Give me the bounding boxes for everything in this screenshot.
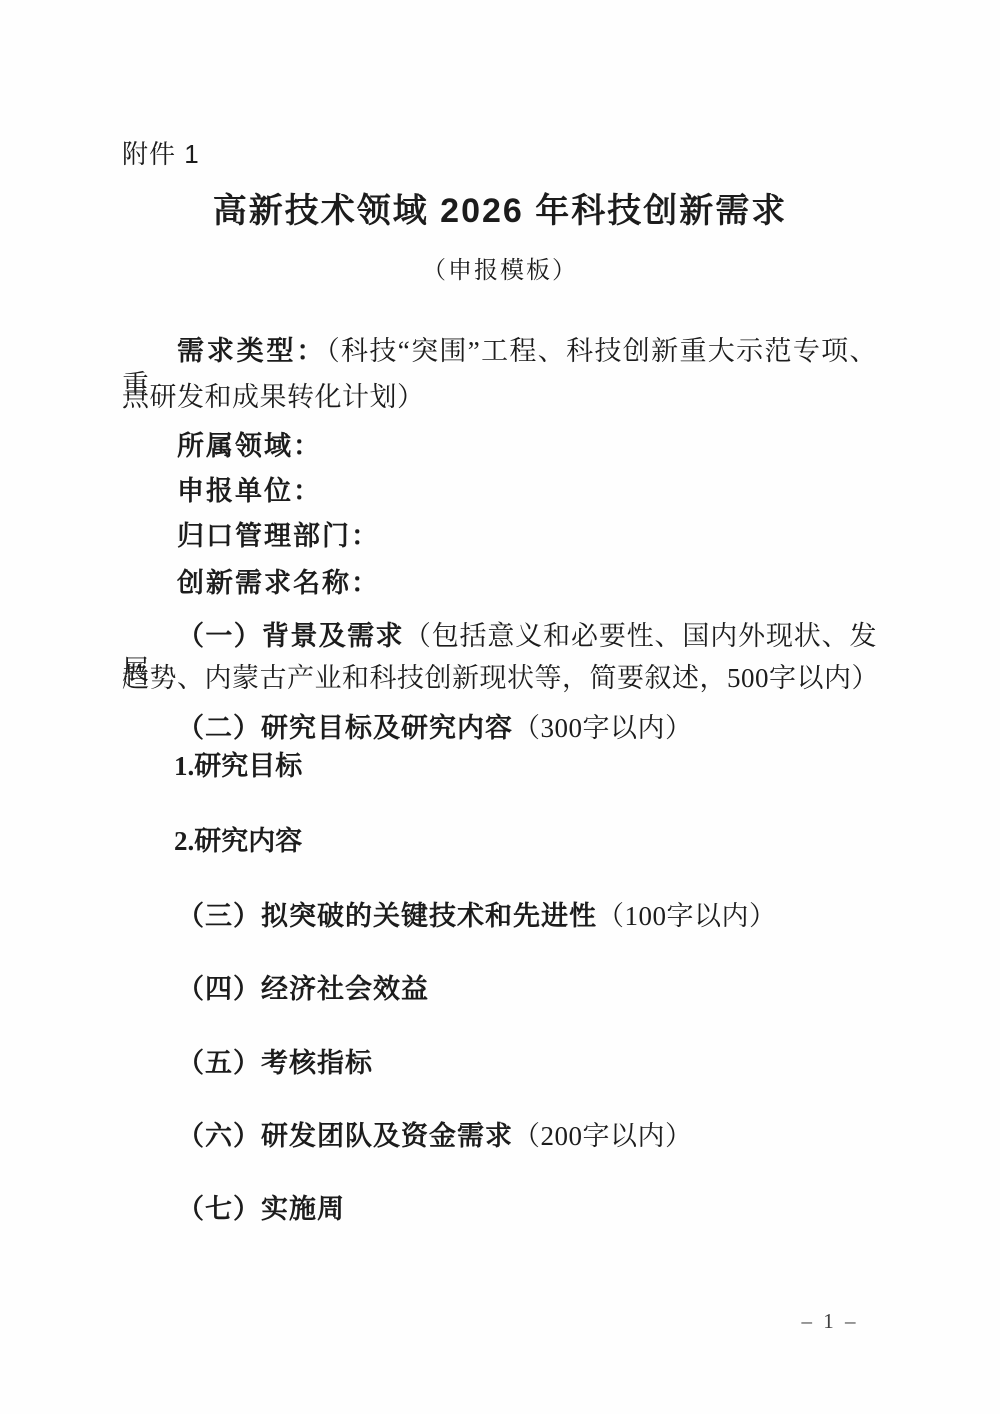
demand-type-value-line2: 点研发和成果转化计划） [122,381,425,415]
document-title: 高新技术领域 2026 年科技创新需求 [0,190,1000,233]
subsection-research-goal: 1.研究目标 [174,750,302,784]
section-2-heading: （二）研究目标及研究内容 [177,713,513,743]
page-number: – 1 – [790,1308,870,1334]
section-4-heading: （四）经济社会效益 [177,973,429,1007]
field-authority-label: 归口管理部门： [177,520,380,554]
field-domain-label: 所属领域： [177,430,322,464]
section-3-heading-line: （三）拟突破的关键技术和先进性（100字以内） [177,900,777,934]
document-subtitle: （申报模板） [0,256,1000,286]
section-2-note: （300字以内） [513,713,693,743]
section-6-heading: （六）研发团队及资金需求 [177,1121,513,1151]
subsection-research-content: 2.研究内容 [174,825,302,859]
section-6-note: （200字以内） [513,1121,693,1151]
section-7-heading: （七）实施周 [177,1193,345,1227]
section-2-heading-line: （二）研究目标及研究内容（300字以内） [177,712,693,746]
section-3-heading: （三）拟突破的关键技术和先进性 [177,901,597,931]
section-6-heading-line: （六）研发团队及资金需求（200字以内） [177,1120,693,1154]
field-applicant-label: 申报单位： [177,475,322,509]
demand-type-label: 需求类型： [177,336,326,366]
section-5-heading: （五）考核指标 [177,1047,373,1081]
section-1-note-line2: 趋势、内蒙古产业和科技创新现状等，简要叙述，500字以内） [122,662,879,696]
field-demand-name-label: 创新需求名称： [177,567,380,601]
section-3-note: （100字以内） [597,901,777,931]
section-1-heading: （一）背景及需求 [177,621,404,651]
document-page: 附件 1 高新技术领域 2026 年科技创新需求 （申报模板） 需求类型：（科技… [0,0,1000,1414]
attachment-label: 附件 1 [122,138,200,171]
